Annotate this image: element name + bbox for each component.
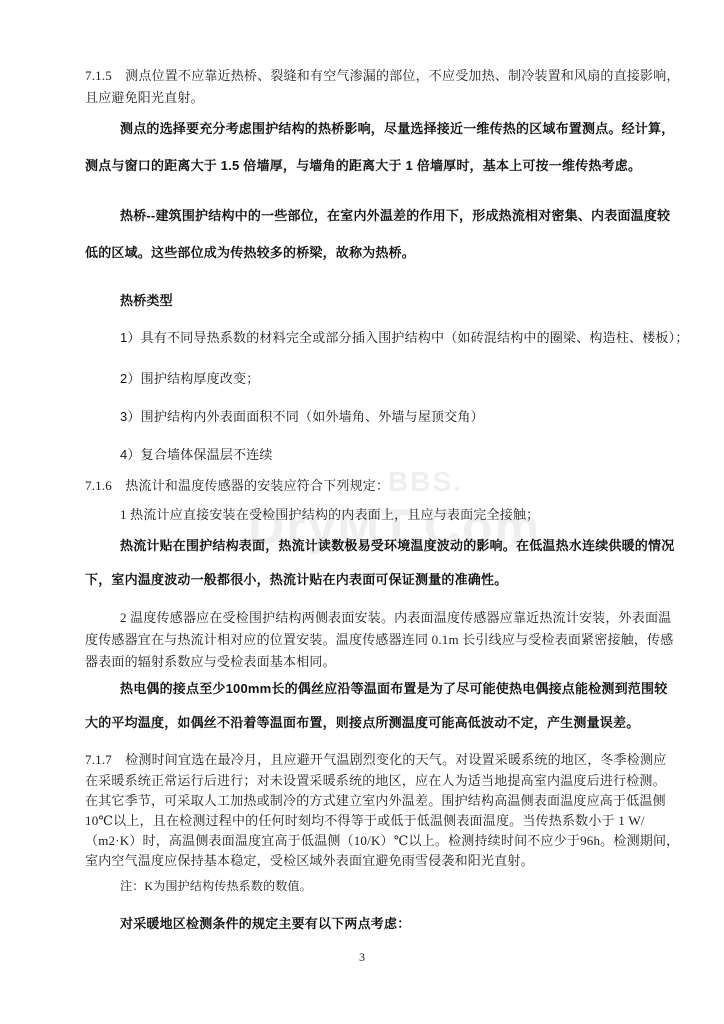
thermal-bridge-type-item-2: 2）围护结构厚度改变； [120,372,259,385]
thermal-bridge-type-item-4: 4）复合墙体保温层不连续 [120,448,273,461]
clause-7-1-7-line-4: 10℃以上，且在检测过程中的任何时刻均不得等于或低于低温侧表面温度。当传热系数小… [85,814,645,827]
commentary-point-selection-line-2: 测点与窗口的距离大于 1.5 倍墙厚，与墙角的距离大于 1 倍墙厚时，基本上可按… [85,159,641,172]
commentary-point-selection-line-1: 测点的选择要充分考虑围护结构的热桥影响，尽量选择接近一维传热的区域布置测点。经计… [120,122,674,135]
thermal-bridge-definition-line-2: 低的区域。这些部位成为传热较多的桥梁，故称为热桥。 [85,246,415,259]
commentary-heat-flow-meter-line-2: 下，室内温度波动一般都很小，热流计贴在内表面可保证测量的准确性。 [85,573,507,586]
commentary-thermocouple-line-1: 热电偶的接点至少100mm长的偶丝应沿等温面布置是为了尽可能使热电偶接点能检测到… [120,682,667,695]
clause-7-1-6-item-2-line-1: 2 温度传感器应在受检围护结构两侧表面安装。内表面温度传感器应靠近热流计安装，外… [120,611,671,624]
thermal-bridge-type-item-3: 3）围护结构内外表面面积不同（如外墙角、外墙与屋顶交角） [120,410,484,423]
page-number: 3 [0,950,724,965]
document-page: BBS. DryMT.Com 7.1.5 测点位置不应靠近热桥、裂缝和有空气渗漏… [0,0,724,1024]
thermal-bridge-types-heading: 热桥类型 [120,294,173,307]
thermal-bridge-type-item-1: 1）具有不同导热系数的材料完全或部分插入围护结构中（如砖混结构中的圈梁、构造柱、… [120,331,689,344]
clause-7-1-5-line-1: 7.1.5 测点位置不应靠近热桥、裂缝和有空气渗漏的部位，不应受加热、制冷装置和… [85,69,680,82]
watermark-fragment-1: BBS. [388,466,463,498]
clause-7-1-7-line-1: 7.1.7 检测时间宜选在最冷月，且应避开气温剧烈变化的天气。对设置采暖系统的地… [85,753,666,766]
clause-7-1-7-line-3: 在其它季节，可采取人工加热或制冷的方式建立室内外温差。围护结构高温侧表面温度应高… [85,794,666,807]
clause-7-1-7-line-2: 在采暖系统正常运行后进行；对未设置采暖系统的地区，应在人为适当地提高室内温度后进… [85,774,666,787]
commentary-thermocouple-line-2: 大的平均温度，如偶丝不沿着等温面布置，则接点所测温度可能高低波动不定，产生测量误… [85,716,639,729]
clause-7-1-6-item-1: 1 热流计应直接安装在受检围护结构的内表面上，且应与表面完全接触； [120,508,539,521]
clause-7-1-6-item-2-line-2: 度传感器宜在与热流计相对应的位置安装。温度传感器连同 0.1m 长引线应与受检表… [85,633,673,646]
clause-7-1-7-line-6: 室内空气温度应保持基本稳定，受检区域外表面宜避免雨雪侵袭和阳光直射。 [85,854,534,867]
thermal-bridge-definition-line-1: 热桥--建筑围护结构中的一些部位，在室内外温差的作用下，形成热流相对密集、内表面… [120,209,670,222]
clause-7-1-6-item-2-line-3: 器表面的辐射系数应与受检表面基本相同。 [85,655,336,668]
note-k-value: 注：K为围护结构传热系数的数值。 [120,880,312,892]
clause-7-1-5-line-2: 且应避免阳光直射。 [85,91,204,104]
clause-7-1-7-line-5: （m2·K）时，高温侧表面温度宜高于低温侧（10/K）℃以上。检测持续时间不应少… [85,834,679,847]
clause-7-1-6-heading: 7.1.6 热流计和温度传感器的安装应符合下列规定： [85,479,389,492]
commentary-heat-flow-meter-line-1: 热流计贴在围护结构表面，热流计读数极易受环境温度波动的影响。在低温热水连续供暖的… [120,539,674,552]
commentary-heating-region-conditions: 对采暖地区检测条件的规定主要有以下两点考虑： [120,917,410,930]
